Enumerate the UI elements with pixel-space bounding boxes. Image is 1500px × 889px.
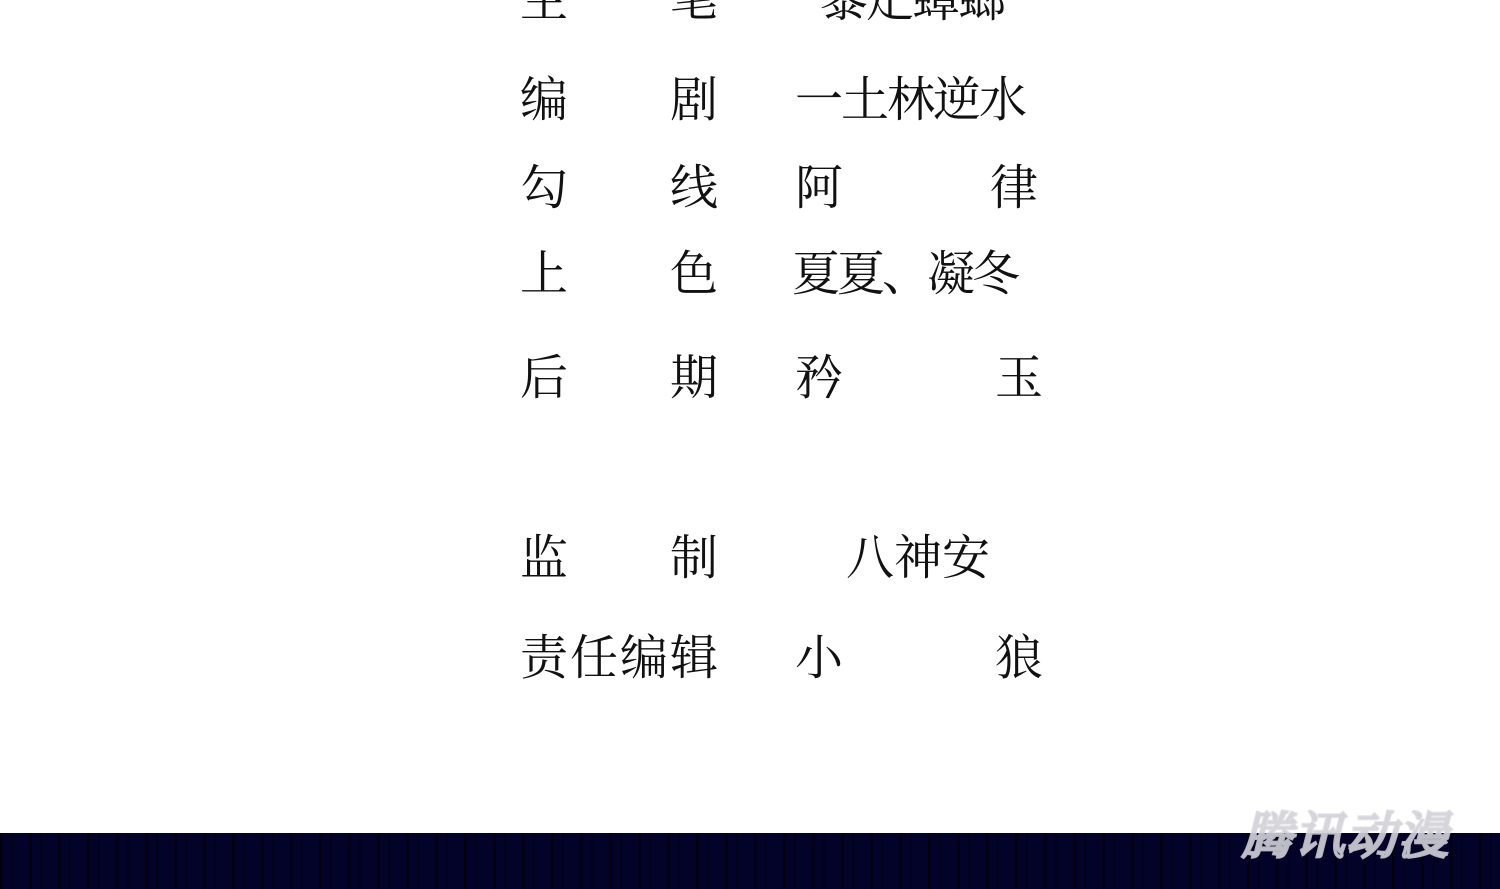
credit-name: 八神安 bbox=[846, 532, 990, 584]
role-char: 编 bbox=[520, 74, 568, 126]
credit-name-part: 玉 bbox=[995, 352, 1043, 404]
credit-row-colorist: 上 色 夏夏、凝冬 bbox=[0, 248, 1500, 308]
role-char: 剧 bbox=[670, 74, 718, 126]
credit-row-post: 后 期 矜 玉 bbox=[0, 352, 1500, 412]
role-char: 监 bbox=[520, 532, 568, 584]
credit-name: 黍疋蟑螂 bbox=[820, 0, 1004, 26]
role-char: 笔 bbox=[670, 0, 718, 26]
role-label: 责任编辑 bbox=[520, 632, 720, 684]
role-char: 制 bbox=[670, 532, 718, 584]
credit-row-supervisor: 监 制 八神安 bbox=[0, 532, 1500, 592]
role-char: 期 bbox=[670, 352, 718, 404]
role-char: 勾 bbox=[520, 162, 568, 214]
credit-name: 夏夏、凝冬 bbox=[792, 248, 1017, 300]
role-char: 上 bbox=[520, 248, 568, 300]
role-char: 后 bbox=[520, 352, 568, 404]
role-char: 色 bbox=[670, 248, 718, 300]
credit-name-part: 律 bbox=[990, 162, 1038, 214]
credit-row-lead-artist: 主 笔 黍疋蟑螂 bbox=[0, 0, 1500, 34]
credit-name-part: 小 bbox=[795, 632, 843, 684]
credit-row-lineart: 勾 线 阿 律 bbox=[0, 162, 1500, 222]
tencent-comics-watermark-logo: 腾讯动漫 bbox=[1242, 804, 1478, 868]
credit-name: 一土林逆水 bbox=[795, 74, 1025, 126]
credit-name-part: 矜 bbox=[795, 352, 843, 404]
credit-row-writer: 编 剧 一土林逆水 bbox=[0, 74, 1500, 134]
role-char: 线 bbox=[670, 162, 718, 214]
credit-row-editor: 责任编辑 小 狼 bbox=[0, 632, 1500, 692]
credit-name-part: 阿 bbox=[795, 162, 843, 214]
role-char: 主 bbox=[520, 0, 568, 26]
credit-name-part: 狼 bbox=[995, 632, 1043, 684]
